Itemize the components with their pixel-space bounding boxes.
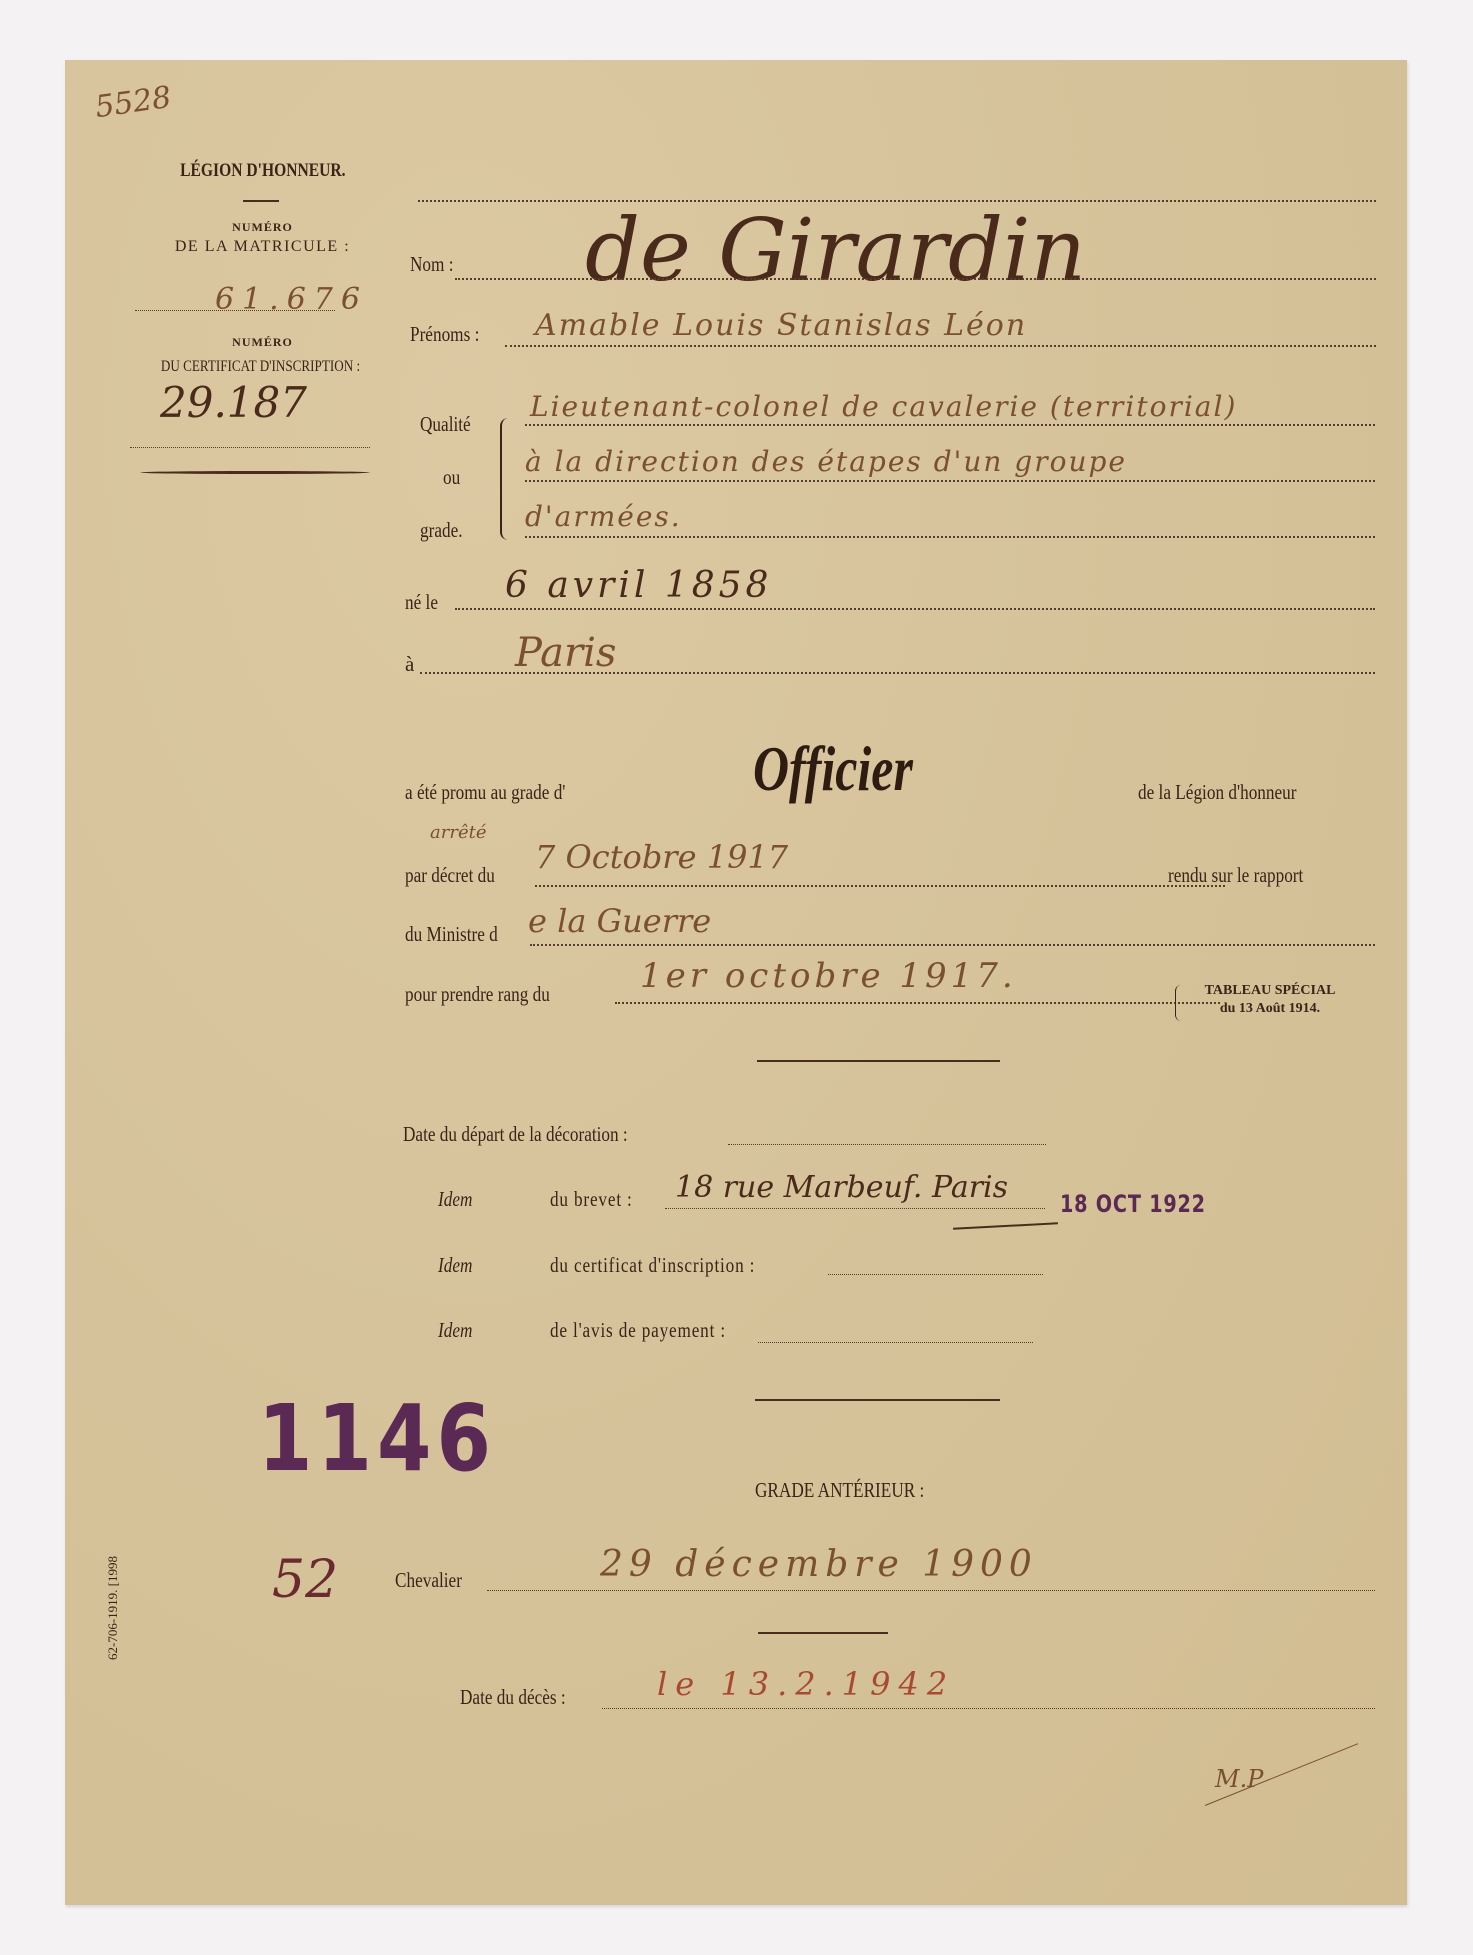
- legion-label: de la Légion d'honneur: [1138, 780, 1331, 805]
- nom-line: [455, 278, 1376, 280]
- nom-label: Nom :: [410, 252, 463, 277]
- certificat-label-1: NUMÉRO: [125, 335, 400, 350]
- decret-value: 7 Octobre 1917: [535, 838, 788, 876]
- certificat-value: 29.187: [160, 378, 307, 427]
- chevalier-value: 29 décembre 1900: [600, 1544, 1038, 1585]
- brevet-label: du brevet :: [550, 1187, 651, 1212]
- section-divider-1: [757, 1060, 1000, 1062]
- prenoms-value: Amable Louis Stanislas Léon: [535, 308, 1027, 343]
- qualite-line-3: d'armées.: [525, 500, 682, 533]
- grade-anterieur-title: GRADE ANTÉRIEUR :: [755, 1478, 962, 1503]
- tableau-brace: [1175, 985, 1181, 1021]
- brevet-line: [665, 1208, 1045, 1209]
- qualite-dotline-2: [525, 480, 1375, 482]
- certificat-underline: [140, 471, 370, 474]
- deces-value: le 13.2.1942: [657, 1665, 955, 1703]
- ne-le-label: né le: [405, 590, 445, 615]
- decret-line: [535, 885, 1225, 887]
- initials: M.P: [1215, 1765, 1263, 1793]
- side-number: 52: [272, 1550, 338, 1610]
- matricule-value: 61.676: [215, 282, 368, 317]
- arrete-correction: arrêté: [430, 822, 486, 843]
- ministre-label: du Ministre d: [405, 922, 518, 947]
- qualite-label-1: Qualité: [420, 412, 482, 437]
- ministre-value: e la Guerre: [528, 902, 711, 940]
- deces-label: Date du décès :: [460, 1685, 589, 1710]
- certificat-inscription-label: du certificat d'inscription :: [550, 1253, 800, 1278]
- idem-certificat: Idem: [438, 1253, 480, 1278]
- lieu-line: [420, 672, 1375, 674]
- qualite-line-2: à la direction des étapes d'un groupe: [525, 445, 1127, 478]
- ne-le-value: 6 avril 1858: [505, 565, 772, 606]
- decret-label: par décret du: [405, 863, 515, 888]
- qualite-dotline-1: [525, 424, 1375, 426]
- matricule-line: [135, 310, 335, 311]
- legion-title: LÉGION D'HONNEUR.: [125, 160, 400, 182]
- tableau-line-1: TABLEAU SPÉCIAL: [1185, 982, 1355, 1000]
- depart-line: [728, 1144, 1046, 1145]
- promu-label: a été promu au grade d': [405, 780, 601, 805]
- prenoms-line: [505, 345, 1376, 347]
- file-number-stamp: 1146: [258, 1393, 538, 1485]
- nom-value: de Girardin: [585, 208, 1086, 294]
- chevalier-line: [487, 1590, 1375, 1591]
- lieu-label: à: [405, 652, 414, 677]
- ne-le-line: [455, 608, 1375, 610]
- depart-label: Date du départ de la décoration :: [403, 1122, 677, 1147]
- prenoms-label: Prénoms :: [410, 322, 495, 347]
- rapport-label: rendu sur le rapport: [1168, 863, 1333, 888]
- rang-label: pour prendre rang du: [405, 982, 582, 1007]
- deces-line: [602, 1708, 1375, 1709]
- ministre-line: [530, 944, 1375, 946]
- matricule-label-1: NUMÉRO: [125, 220, 400, 235]
- section-divider-2: [755, 1399, 1000, 1401]
- rang-line: [615, 1002, 1220, 1004]
- brevet-date-stamp: 18 OCT 1922: [1060, 1190, 1242, 1218]
- qualite-line-1: Lieutenant-colonel de cavalerie (territo…: [530, 390, 1237, 423]
- certificat-line: [130, 447, 370, 448]
- certificat-label-2: DU CERTIFICAT D'INSCRIPTION :: [100, 358, 420, 376]
- matricule-label-2: DE LA MATRICULE :: [125, 238, 400, 256]
- certificat-inscription-line: [828, 1274, 1043, 1275]
- document-page: 5528 LÉGION D'HONNEUR. NUMÉRO DE LA MATR…: [65, 60, 1407, 1905]
- tableau-line-2: du 13 Août 1914.: [1185, 1000, 1355, 1018]
- printer-mark: 62-706-1919. [1998: [105, 1556, 121, 1660]
- avis-line: [758, 1342, 1033, 1343]
- qualite-label-2: ou: [443, 465, 464, 490]
- idem-brevet: Idem: [438, 1187, 480, 1212]
- brevet-underline: [953, 1222, 1058, 1229]
- tableau-special: TABLEAU SPÉCIAL du 13 Août 1914.: [1185, 982, 1355, 1018]
- brevet-value: 18 rue Marbeuf. Paris: [675, 1170, 1008, 1205]
- avis-label: de l'avis de payement :: [550, 1318, 765, 1343]
- header-divider: [243, 200, 279, 202]
- qualite-dotline-3: [525, 536, 1375, 538]
- rang-value: 1er octobre 1917.: [640, 956, 1017, 996]
- chevalier-label: Chevalier: [395, 1568, 477, 1593]
- idem-avis: Idem: [438, 1318, 480, 1343]
- lieu-value: Paris: [515, 630, 616, 676]
- archive-number: 5528: [93, 80, 173, 125]
- qualite-label-3: grade.: [420, 518, 472, 543]
- section-divider-3: [758, 1632, 888, 1634]
- grade-value: Officier: [753, 732, 958, 806]
- qualite-brace: [500, 418, 510, 540]
